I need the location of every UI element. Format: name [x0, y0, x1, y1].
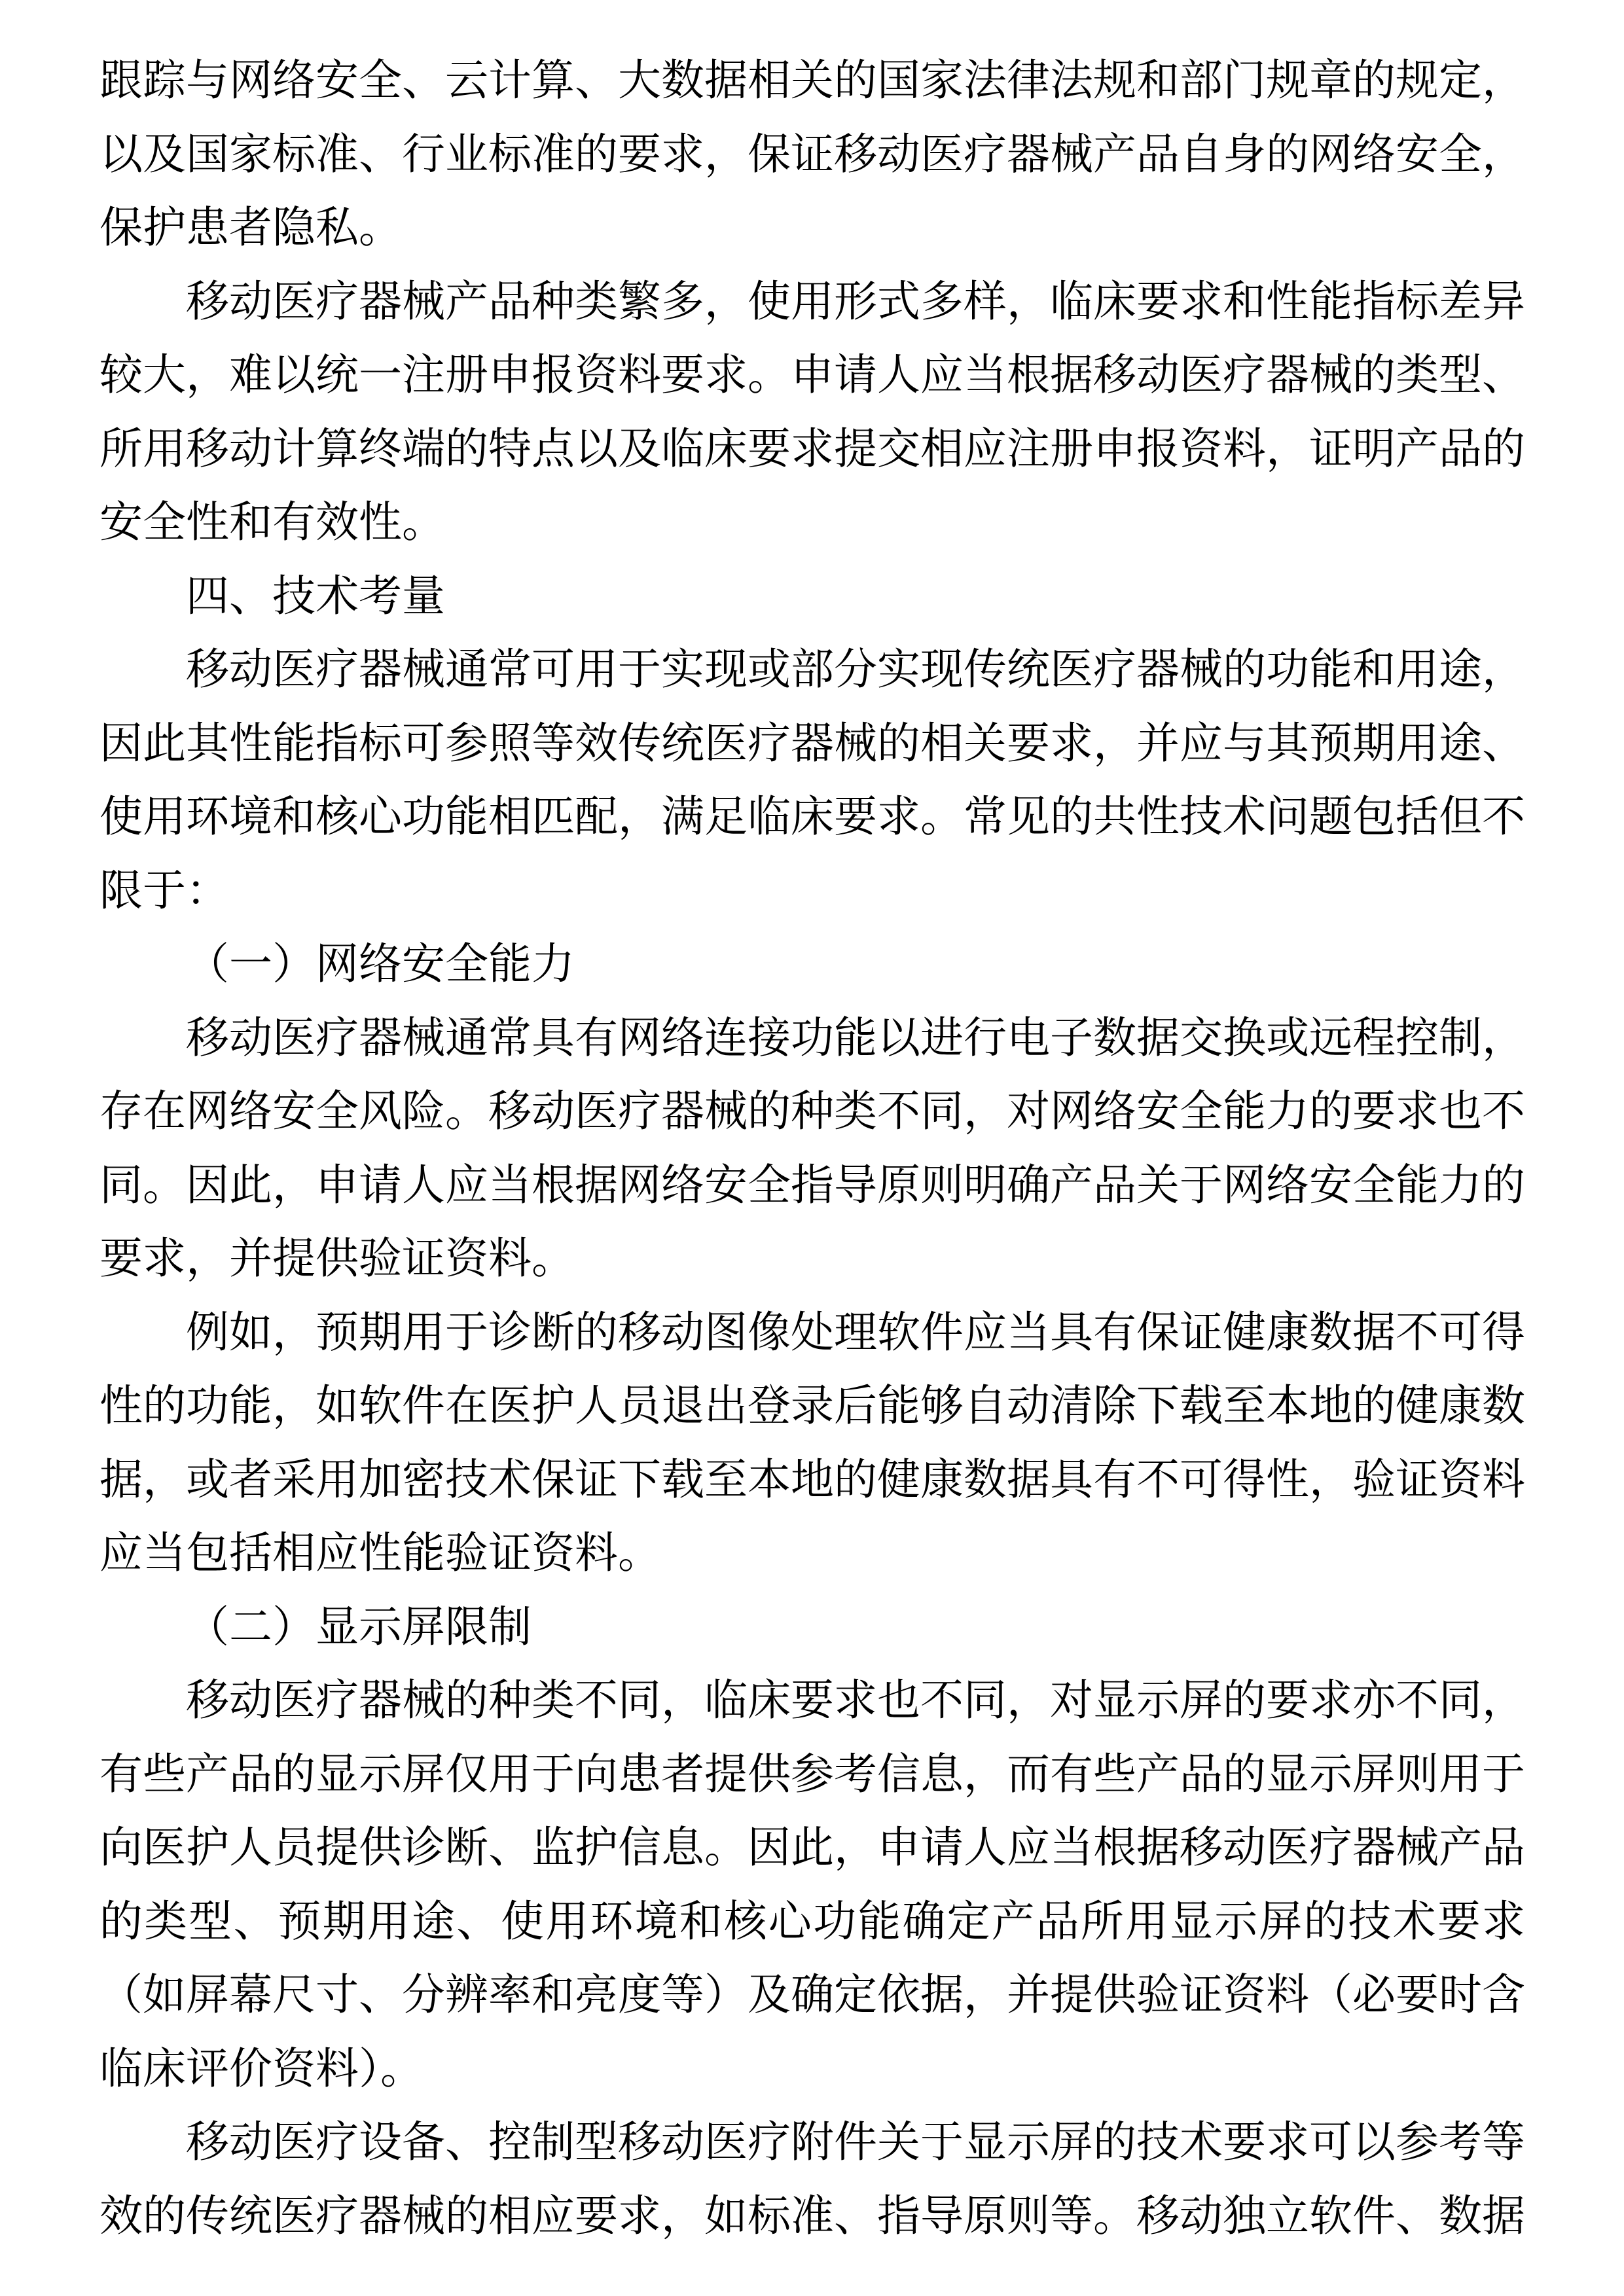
section-heading: （二）显示屏限制 — [99, 1591, 1525, 1665]
paragraph: 移动医疗器械通常可用于实现或部分实现传统医疗器械的功能和用途，因此其性能指标可参… — [99, 634, 1525, 928]
paragraph: 移动医疗器械产品种类繁多，使用形式多样，临床要求和性能指标差异较大，难以统一注册… — [99, 266, 1525, 560]
paragraph: 移动医疗器械通常具有网络连接功能以进行电子数据交换或远程控制，存在网络安全风险。… — [99, 1002, 1525, 1297]
paragraph: 移动医疗器械的种类不同，临床要求也不同，对显示屏的要求亦不同，有些产品的显示屏仅… — [99, 1664, 1525, 2106]
document-text: 跟踪与网络安全、云计算、大数据相关的国家法律法规和部门规章的规定，以及国家标准、… — [99, 45, 1525, 2253]
section-heading: （一）网络安全能力 — [99, 928, 1525, 1002]
section-heading: 四、技术考量 — [99, 560, 1525, 634]
document-page: 跟踪与网络安全、云计算、大数据相关的国家法律法规和部门规章的规定，以及国家标准、… — [0, 0, 1624, 2296]
paragraph: 移动医疗设备、控制型移动医疗附件关于显示屏的技术要求可以参考等效的传统医疗器械的… — [99, 2106, 1525, 2253]
paragraph: 跟踪与网络安全、云计算、大数据相关的国家法律法规和部门规章的规定，以及国家标准、… — [99, 45, 1525, 266]
paragraph: 例如，预期用于诊断的移动图像处理软件应当具有保证健康数据不可得性的功能，如软件在… — [99, 1297, 1525, 1591]
